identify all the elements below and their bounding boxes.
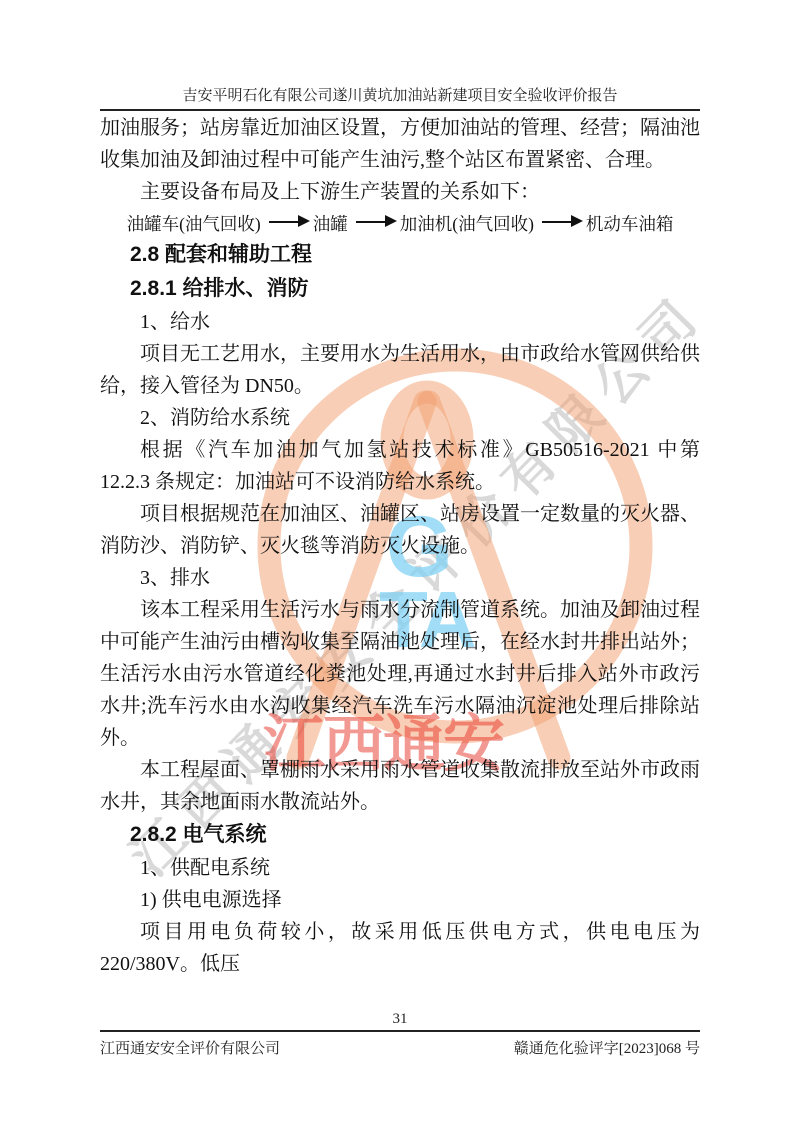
document-page: 江西通安安全评价有限公司 G TA 江西通安 吉安平明石化有限公司遂川黄坑加油站… bbox=[0, 0, 800, 1131]
paragraph-fire-equipment: 项目根据规范在加油区、油罐区、站房设置一定数量的灭火器、消防沙、消防铲、灭火毯等… bbox=[100, 498, 700, 562]
footer-company: 江西通安安全评价有限公司 bbox=[100, 1037, 280, 1058]
flow-node-tanker: 油罐车(油气回收) bbox=[127, 210, 261, 238]
paragraph-intro: 主要设备布局及上下游生产装置的关系如下： bbox=[100, 176, 700, 208]
flow-arrow-icon bbox=[542, 221, 572, 223]
list-item-power-source: 1) 供电电源选择 bbox=[100, 884, 700, 916]
paragraph-drainage-system: 该本工程采用生活污水与雨水分流制管道系统。加油及卸油过程中可能产生油污由槽沟收集… bbox=[100, 594, 700, 754]
page-number: 31 bbox=[0, 1011, 800, 1028]
document-body: 加油服务；站房靠近加油区设置，方便加油站的管理、经营；隔油池收集加油及卸油过程中… bbox=[100, 112, 700, 980]
page-footer: 江西通安安全评价有限公司 赣通危化验评字[2023]068 号 bbox=[100, 1037, 700, 1058]
process-flow-diagram: 油罐车(油气回收)油罐加油机(油气回收)机动车油箱 bbox=[100, 208, 700, 238]
list-item-power-system: 1、供配电系统 bbox=[100, 852, 700, 884]
paragraph-rainwater: 本工程屋面、罩棚雨水采用雨水管道收集散流排放至站外市政雨水井，其余地面雨水散流站… bbox=[100, 754, 700, 818]
footer-divider bbox=[100, 1030, 700, 1032]
flow-arrow-icon bbox=[269, 221, 299, 223]
heading-2-8: 2.8 配套和辅助工程 bbox=[100, 238, 700, 272]
paragraph-water-supply: 项目无工艺用水，主要用水为生活用水，由市政给水管网供给供给，接入管径为 DN50… bbox=[100, 338, 700, 402]
paragraph-power-supply: 项目用电负荷较小，故采用低压供电方式，供电电压为 220/380V。低压 bbox=[100, 916, 700, 980]
flow-arrow-icon bbox=[356, 221, 386, 223]
header-title: 吉安平明石化有限公司遂川黄坑加油站新建项目安全验收评价报告 bbox=[182, 88, 617, 104]
flow-node-dispenser: 加油机(油气回收) bbox=[400, 210, 534, 238]
list-item-fire-water: 2、消防给水系统 bbox=[100, 402, 700, 434]
heading-2-8-1: 2.8.1 给排水、消防 bbox=[100, 272, 700, 306]
flow-node-vehicle: 机动车油箱 bbox=[586, 210, 674, 238]
page-header: 吉安平明石化有限公司遂川黄坑加油站新建项目安全验收评价报告 bbox=[100, 84, 700, 111]
heading-2-8-2: 2.8.2 电气系统 bbox=[100, 818, 700, 852]
list-item-drainage: 3、排水 bbox=[100, 562, 700, 594]
footer-doc-number: 赣通危化验评字[2023]068 号 bbox=[514, 1037, 700, 1058]
flow-node-tank: 油罐 bbox=[313, 210, 348, 238]
paragraph-fire-standard: 根据《汽车加油加气加氢站技术标准》GB50516-2021 中第 12.2.3 … bbox=[100, 434, 700, 498]
paragraph-continuation: 加油服务；站房靠近加油区设置，方便加油站的管理、经营；隔油池收集加油及卸油过程中… bbox=[100, 112, 700, 176]
list-item-water-supply: 1、给水 bbox=[100, 306, 700, 338]
